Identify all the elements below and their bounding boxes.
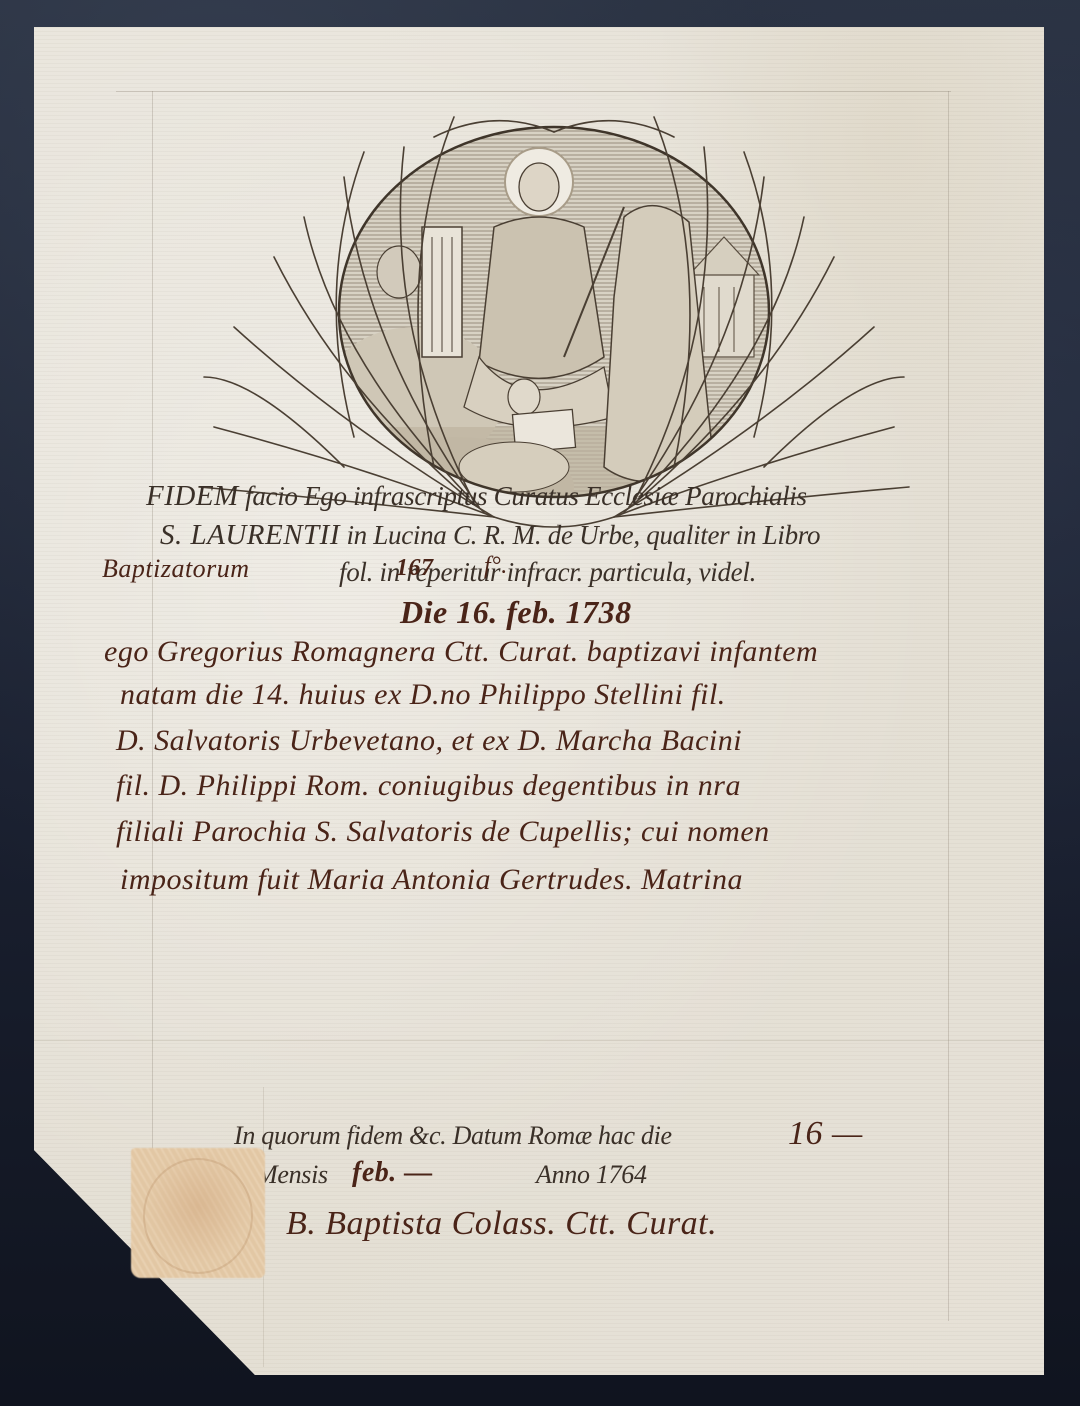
handwritten-date: Die 16. feb. 1738 [400, 594, 632, 631]
handwritten-folio: 167 [396, 555, 434, 582]
fold-line-horizontal [34, 1040, 1044, 1041]
printed-line-2-text: in Lucina C. R. M. de Urbe, qualiter in … [340, 520, 820, 550]
printed-laurentii: S. LAURENTII [160, 519, 340, 551]
handwritten-line-4: fil. D. Philippi Rom. coniugibus degenti… [116, 769, 741, 803]
plate-mark-top [116, 91, 951, 92]
handwritten-line-2: natam die 14. huius ex D.no Philippo Ste… [120, 678, 726, 712]
handwritten-signature: B. Baptista Colass. Ctt. Curat. [286, 1205, 717, 1243]
printed-closing-anno: Anno 1764 [536, 1160, 647, 1190]
engraving-medallion [194, 97, 914, 537]
handwritten-day: 16 — [788, 1115, 863, 1153]
plate-mark-right [948, 91, 949, 1321]
printed-fidem: FIDEM [146, 480, 239, 512]
handwritten-liber-name: Baptizatorum [102, 554, 250, 584]
handwritten-line-6: impositum fuit Maria Antonia Gertrudes. … [120, 863, 743, 897]
printed-line-1: FIDEM facio Ego infrascriptus Curatus Ec… [146, 480, 807, 513]
printed-closing-1: In quorum fidem &c. Datum Romæ hac die [234, 1121, 672, 1151]
printed-line-2: S. LAURENTII in Lucina C. R. M. de Urbe,… [160, 519, 820, 552]
handwritten-line-5: filiali Parochia S. Salvatoris de Cupell… [116, 815, 770, 849]
printed-line-1-text: facio Ego infrascriptus Curatus Ecclesiæ… [239, 481, 807, 511]
printed-closing-mensis: Mensis [256, 1160, 328, 1190]
handwritten-line-3: D. Salvatoris Urbevetano, et ex D. March… [116, 724, 742, 758]
handwritten-month: feb. — [352, 1157, 433, 1189]
seal-impression-ring [143, 1158, 253, 1274]
handwritten-line-1: ego Gregorius Romagnera Ctt. Curat. bapt… [104, 635, 818, 669]
handwritten-folio-side: f°. [484, 553, 508, 580]
